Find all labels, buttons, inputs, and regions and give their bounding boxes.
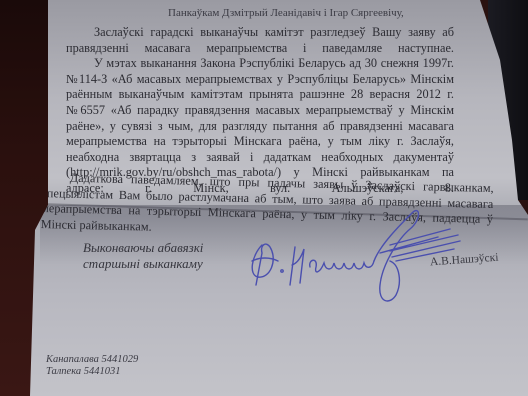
signatory-name: А.В.Нашэўскі <box>430 251 499 271</box>
contact-line: Канапалава 5441029 <box>46 354 138 366</box>
line: раёне», у сувязі з чым, для разгляду пыт… <box>66 119 454 133</box>
contact-line: Талпека 5441031 <box>46 366 138 378</box>
letter-body: Заслаўскі гарадскі выканаўчы камітэт раз… <box>66 25 454 197</box>
signatory-title: Выконваючы абавязкі старшыні выканкаму <box>83 240 203 272</box>
contacts: Канапалава 5441029 Талпека 5441031 <box>46 354 138 378</box>
line: неабходна звяртацца з заявай і дадаткам … <box>66 150 454 164</box>
line: правядзенні масавага мерапрыемства і пав… <box>66 41 454 55</box>
line: Заслаўскі гарадскі выканаўчы камітэт раз… <box>94 25 454 39</box>
signatory-title-line1: Выконваючы абавязкі <box>83 240 203 256</box>
addressee: Панкаўкам Дзмітрый Леанідавіч і Ігар Сяр… <box>168 6 404 22</box>
line: №6557 «Аб парадку правядзення масавых ме… <box>66 103 454 117</box>
line: раённым выканаўчым камітэтам прынята раш… <box>66 87 454 101</box>
line: №114-З «Аб масавых мерапрыемствах у Рэсп… <box>66 72 454 86</box>
document-paper: Панкаўкам Дзмітрый Леанідавіч і Ігар Сяр… <box>0 0 528 396</box>
line: мерапрыемства на тэрыторыі Мінскага раён… <box>66 134 454 148</box>
signatory-title-line2: старшыні выканкаму <box>83 256 203 272</box>
paragraph-1: Заслаўскі гарадскі выканаўчы камітэт раз… <box>66 25 454 56</box>
line: У мэтах выканання Закона Рэспублікі Бела… <box>94 56 454 70</box>
